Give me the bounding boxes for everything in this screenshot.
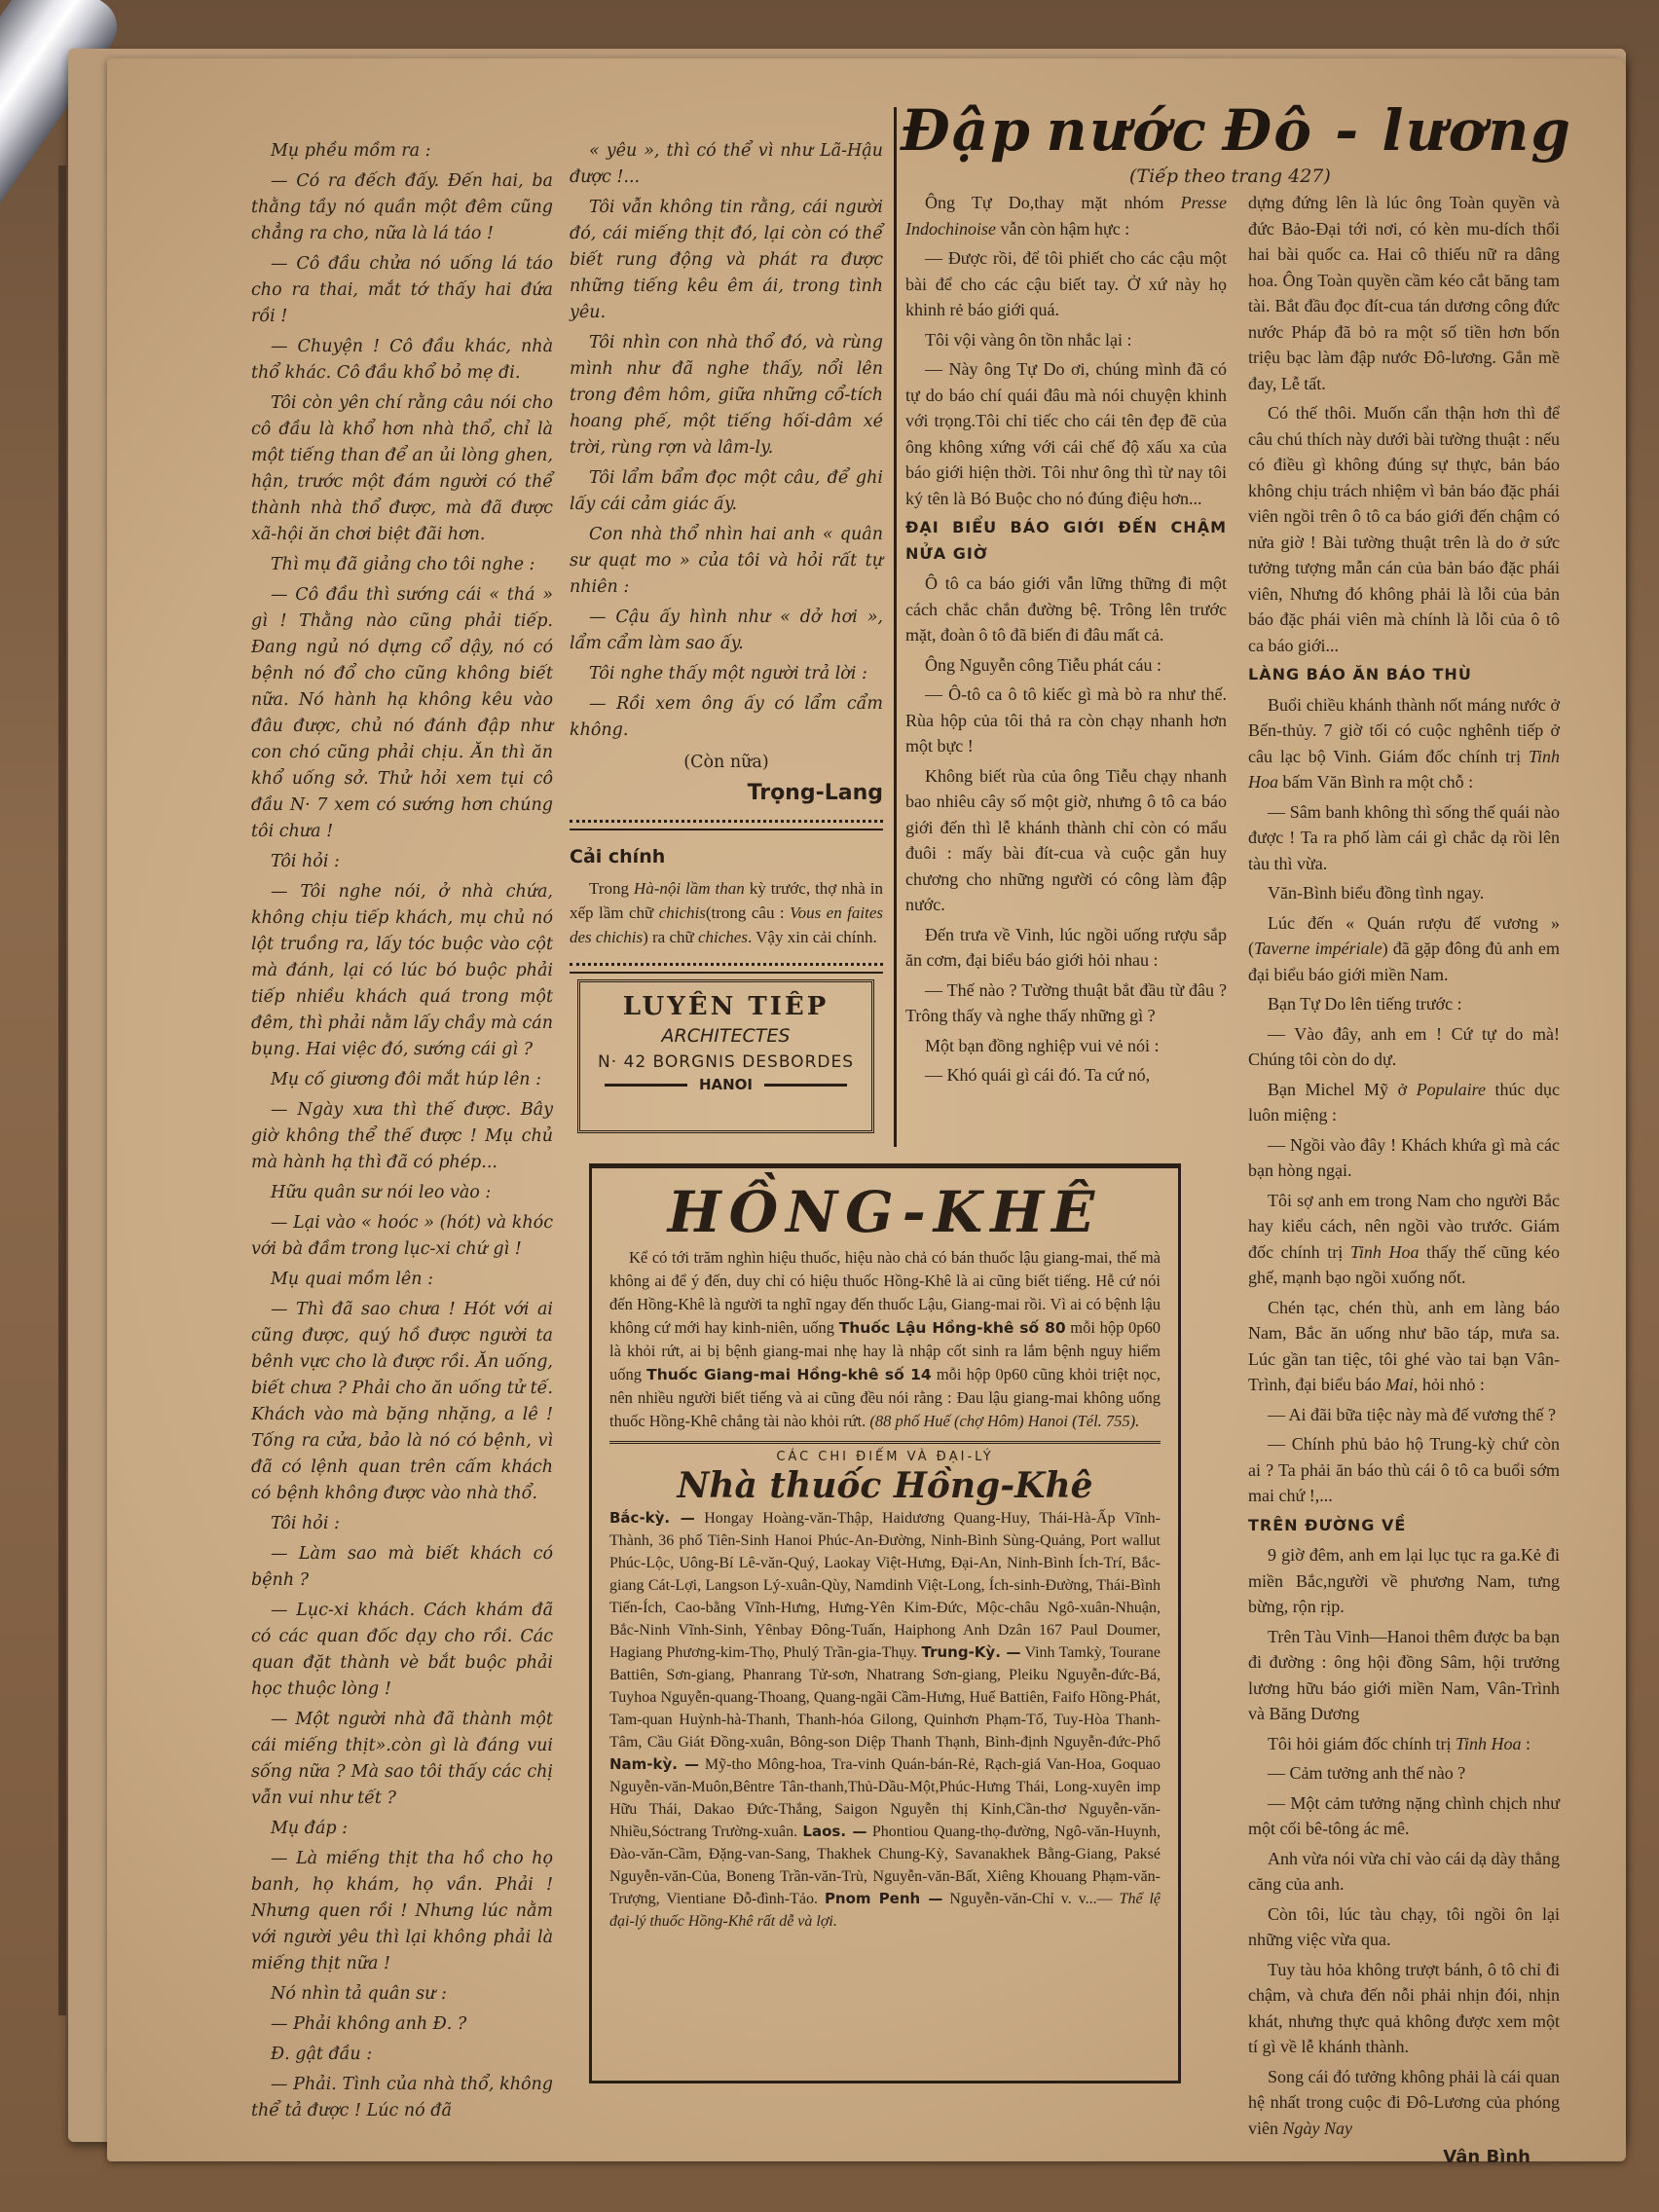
paragraph: Tôi vội vàng ôn tồn nhắc lại : — [905, 327, 1227, 353]
ad-luyen-tiep: LUYÊN TIÊP ARCHITECTES N· 42 BORGNIS DES… — [577, 979, 874, 1133]
text-run: Tinh Hoa — [1350, 1242, 1419, 1262]
paragraph: — Rồi xem ông ấy có lẩm cẩm không. — [570, 691, 883, 744]
paragraph: Mụ cố giương đôi mắt húp lên : — [251, 1067, 553, 1093]
paragraph: — Thế nào ? Tường thuật bắt đầu từ đâu ?… — [905, 977, 1227, 1029]
paragraph: — Ngày xưa thì thế được. Bây giờ không t… — [251, 1097, 553, 1176]
correction-title: Cải chính — [570, 844, 883, 870]
section-heading: TRÊN ĐƯỜNG VỀ — [1248, 1513, 1560, 1539]
paragraph: Tôi nhìn con nhà thổ đó, và rùng mình nh… — [570, 330, 883, 461]
paragraph: Anh vừa nói vừa chỉ vào cái dạ dày thẳng… — [1248, 1846, 1560, 1898]
paragraph: — Lại vào « hoóc » (hót) và khóc với bà … — [251, 1210, 553, 1263]
paragraph: Ông Nguyễn công Tiễu phát cáu : — [905, 652, 1227, 679]
column-rule — [894, 107, 897, 1147]
ad-brand: HỒNG-KHÊ — [609, 1178, 1161, 1246]
headline-word: nước — [1047, 97, 1208, 164]
paragraph: — Một cảm tưởng nặng chình chịch như một… — [1248, 1790, 1560, 1842]
story-column-1: Mụ phều mồm ra :— Có ra đếch đấy. Đến ha… — [251, 138, 553, 2128]
text-run: bấm Văn Bình ra một chỗ : — [1278, 772, 1473, 792]
ad-body: Kể có tới trăm nghìn hiệu thuốc, hiệu nà… — [609, 1246, 1161, 1433]
paragraph: Mụ phều mồm ra : — [251, 138, 553, 165]
paragraph: Ô tô ca báo giới vẫn lững thững đi một c… — [905, 571, 1227, 648]
paragraph: Lúc đến « Quán rượu đế vương » (Taverne … — [1248, 910, 1560, 988]
text-run: Trong — [589, 879, 634, 898]
article-signature: Vân Bình — [1248, 2145, 1530, 2171]
paragraph: Tôi sợ anh em trong Nam cho người Bắc ha… — [1248, 1188, 1560, 1291]
paragraph: « yêu », thì có thể vì như Lã-Hậu được !… — [570, 138, 883, 191]
rule-line — [764, 1084, 847, 1087]
paragraph: Trên Tàu Vinh—Hanoi thêm được ba bạn đi … — [1248, 1624, 1560, 1727]
ad-city: HANOI — [699, 1076, 753, 1093]
ad-address: N· 42 BORGNIS DESBORDES — [580, 1052, 871, 1072]
text-run: Tôi hỏi giám đốc chính trị — [1268, 1734, 1456, 1753]
text-run: Mai — [1385, 1375, 1414, 1394]
paragraph: Mụ quai mồm lên : — [251, 1267, 553, 1293]
text-run: ) ra chữ — [643, 928, 698, 946]
paragraph: — Ngồi vào đây ! Khách khứa gì mà các bạ… — [1248, 1132, 1560, 1184]
divider — [609, 1441, 1161, 1444]
text-run: Tinh Hoa — [1456, 1734, 1522, 1753]
paragraph: — Ai đãi bữa tiệc này mà đế vương thế ? — [1248, 1402, 1560, 1428]
paragraph: — Tôi nghe nói, ở nhà chứa, không chịu t… — [251, 879, 553, 1063]
text-run: Ông Tự Do,thay mặt nhóm — [925, 193, 1181, 212]
paragraph: Ông Tự Do,thay mặt nhóm Presse Indochino… — [905, 190, 1227, 241]
paragraph: 9 giờ đêm, anh em lại lục tục ra ga.Kẻ đ… — [1248, 1542, 1560, 1620]
story-author: Trọng-Lang — [570, 780, 883, 806]
correction-text: Trong Hà-nội lầm than kỳ trước, thợ nhà … — [570, 876, 883, 949]
article-column-4: dựng đứng lên là lúc ông Toàn quyền và đ… — [1248, 190, 1560, 2171]
paragraph: Chén tạc, chén thù, anh em làng báo Nam,… — [1248, 1295, 1560, 1398]
text-run: Ngày Nay — [1283, 2119, 1353, 2138]
divider — [570, 820, 883, 830]
text-run: chichis — [659, 903, 706, 922]
paragraph: — Làm sao mà biết khách có bệnh ? — [251, 1541, 553, 1594]
text-run: vẫn còn hậm hực : — [996, 219, 1129, 239]
headline-word: Đô - lương — [1223, 97, 1572, 164]
paragraph: — Chính phủ bảo hộ Trung-kỳ chứ còn ai ?… — [1248, 1431, 1560, 1509]
paragraph: — Được rồi, để tôi phiết cho các cậu một… — [905, 245, 1227, 323]
text-run: Populaire — [1417, 1080, 1486, 1099]
region-name: Bắc-kỳ. — — [609, 1509, 695, 1527]
ad-hong-khe: HỒNG-KHÊ Kể có tới trăm nghìn hiệu thuốc… — [589, 1163, 1181, 2083]
region-name: Pnom Penh — — [825, 1890, 942, 1907]
divider — [570, 963, 883, 974]
paragraph: — Khó quái gì cái đó. Ta cứ nó, — [905, 1062, 1227, 1088]
paragraph: — Ô-tô ca ô tô kiếc gì mà bò ra như thế.… — [905, 682, 1227, 759]
paragraph: — Cậu ấy hình như « dở hơi », lẩm cẩm là… — [570, 605, 883, 657]
paragraph: — Có ra đếch đấy. Đến hai, ba thằng tầy … — [251, 168, 553, 247]
paragraph: — Này ông Tự Do ơi, chúng mình đã có tự … — [905, 356, 1227, 511]
paragraph: Đ. gật đầu : — [251, 2042, 553, 2068]
paragraph: Tôi hỏi : — [251, 1511, 553, 1537]
paragraph: Đến trưa về Vinh, lúc ngồi uống rượu sắp… — [905, 922, 1227, 974]
paragraph: Một bạn đồng nghiệp vui vẻ nói : — [905, 1033, 1227, 1059]
region-name: Nam-kỳ. — — [609, 1755, 699, 1773]
page-binding-edge — [58, 166, 66, 2015]
text-run: , hỏi nhỏ : — [1414, 1375, 1485, 1394]
paragraph: Tôi hỏi : — [251, 849, 553, 875]
paragraph: Mụ đáp : — [251, 1816, 553, 1842]
branch-list: Bắc-kỳ. — Hongay Hoàng-văn-Thập, Haidươn… — [609, 1507, 1161, 1933]
text-run: . Vậy xin cải chính. — [748, 928, 877, 946]
paragraph: — Là miếng thịt tha hồ cho họ banh, họ k… — [251, 1846, 553, 1977]
paragraph: Con nhà thổ nhìn hai anh « quân sư quạt … — [570, 522, 883, 601]
paragraph: — Lục-xi khách. Cách khám đã có các quan… — [251, 1598, 553, 1703]
text-run: Buổi chiều khánh thành nốt máng nước ở B… — [1248, 695, 1560, 766]
paragraph: Bạn Tự Do lên tiếng trước : — [1248, 991, 1560, 1017]
paragraph: — Sâm banh không thì sống thế quái nào đ… — [1248, 799, 1560, 877]
paragraph: Buổi chiều khánh thành nốt máng nước ở B… — [1248, 692, 1560, 795]
paragraph: Bạn Michel Mỹ ở Populaire thúc dục luôn … — [1248, 1077, 1560, 1128]
continued-note: (Còn nữa) — [570, 750, 883, 776]
section-heading: ĐẠI BIỂU BÁO GIỚI ĐẾN CHẬM NỬA GIỜ — [905, 515, 1227, 567]
region-name: Laos. — — [802, 1823, 866, 1840]
paragraph: — Cảm tưởng anh thế nào ? — [1248, 1760, 1560, 1787]
address-note: (88 phố Huế (chợ Hôm) Hanoi (Tél. 755). — [869, 1412, 1139, 1430]
article-column-3: Ông Tự Do,thay mặt nhóm Presse Indochino… — [905, 190, 1227, 1092]
headline-word: Đập — [901, 97, 1032, 164]
paragraph: Văn-Bình biểu đồng tình ngay. — [1248, 880, 1560, 906]
paragraph: Còn tôi, lúc tàu chạy, tôi ngồi ôn lại n… — [1248, 1901, 1560, 1953]
text-run: chiches — [698, 928, 748, 946]
article-subhead: (Tiếp theo trang 427) — [1129, 166, 1331, 187]
product-name: Thuốc Lậu Hồng-khê số 80 — [839, 1319, 1066, 1337]
paragraph: — Cô đầu chửa nó uống lá táo cho ra thai… — [251, 251, 553, 330]
paragraph: dựng đứng lên là lúc ông Toàn quyền và đ… — [1248, 190, 1560, 396]
paragraph: Tôi hỏi giám đốc chính trị Tinh Hoa : — [1248, 1731, 1560, 1757]
paragraph: Song cái đó tưởng không phải là cái quan… — [1248, 2064, 1560, 2142]
ad-profession: ARCHITECTES — [580, 1025, 871, 1047]
paragraph: Thì mụ đã giảng cho tôi nghe : — [251, 552, 553, 578]
paragraph: Nó nhìn tả quân sư : — [251, 1981, 553, 2008]
ad-firm-name: LUYÊN TIÊP — [580, 992, 871, 1021]
region-agents: Nguyễn-văn-Chỉ v. v...— — [942, 1891, 1119, 1907]
product-name: Thuốc Giang-mai Hồng-khê số 14 — [646, 1366, 932, 1383]
text-run: Bạn Michel Mỹ ở — [1268, 1080, 1417, 1099]
paragraph: Tôi vẫn không tin rằng, cái người đó, cá… — [570, 195, 883, 326]
paragraph: Có thế thôi. Muốn cẩn thận hơn thì để câ… — [1248, 400, 1560, 658]
paragraph: Tôi còn yên chí rằng câu nói cho cô đầu … — [251, 390, 553, 548]
paragraph: — Cô đầu thì sướng cái « thá » gì ! Thằn… — [251, 582, 553, 845]
store-name: Nhà thuốc Hồng-Khê — [609, 1464, 1161, 1507]
text-run: (trong câu : — [706, 903, 790, 922]
text-run: : — [1522, 1734, 1531, 1753]
text-run: Hà-nội lầm than — [634, 879, 745, 898]
paragraph: — Một người nhà đã thành một cái miếng t… — [251, 1707, 553, 1812]
article-headline: Đập nước Đô - lương — [901, 97, 1572, 164]
paragraph: — Phải. Tình của nhà thổ, không thể tả đ… — [251, 2072, 553, 2124]
paragraph: Hữu quân sư nói leo vào : — [251, 1180, 553, 1206]
text-run: Taverne impériale — [1254, 939, 1382, 958]
ad-city-row: HANOI — [580, 1076, 871, 1093]
paragraph: Tôi nghe thấy một người trả lời : — [570, 661, 883, 687]
region-name: Trung-Kỳ. — — [922, 1643, 1021, 1661]
paragraph: — Thì đã sao chưa ! Hót với ai cũng được… — [251, 1297, 553, 1507]
paragraph: — Chuyện ! Cô đầu khác, nhà thổ khác. Cô… — [251, 334, 553, 387]
region-agents: Hongay Hoàng-văn-Thập, Haidương Quang-Hu… — [609, 1510, 1161, 1661]
story-column-2: « yêu », thì có thể vì như Lã-Hậu được !… — [570, 138, 883, 987]
paragraph: — Vào đây, anh em ! Cứ tự do mà! Chúng t… — [1248, 1021, 1560, 1073]
rule-line — [605, 1084, 687, 1087]
paragraph: Tôi lẩm bẩm đọc một câu, để ghi lấy cái … — [570, 465, 883, 518]
paragraph: Không biết rùa của ông Tiễu chạy nhanh b… — [905, 763, 1227, 918]
branches-heading: CÁC CHI ĐIẾM VÀ ĐẠI-LÝ — [609, 1450, 1161, 1464]
paragraph: Tuy tàu hỏa không trượt bánh, ô tô chỉ đ… — [1248, 1957, 1560, 2060]
paragraph: — Phải không anh Đ. ? — [251, 2011, 553, 2038]
section-heading: LÀNG BÁO ĂN BÁO THÙ — [1248, 662, 1560, 688]
